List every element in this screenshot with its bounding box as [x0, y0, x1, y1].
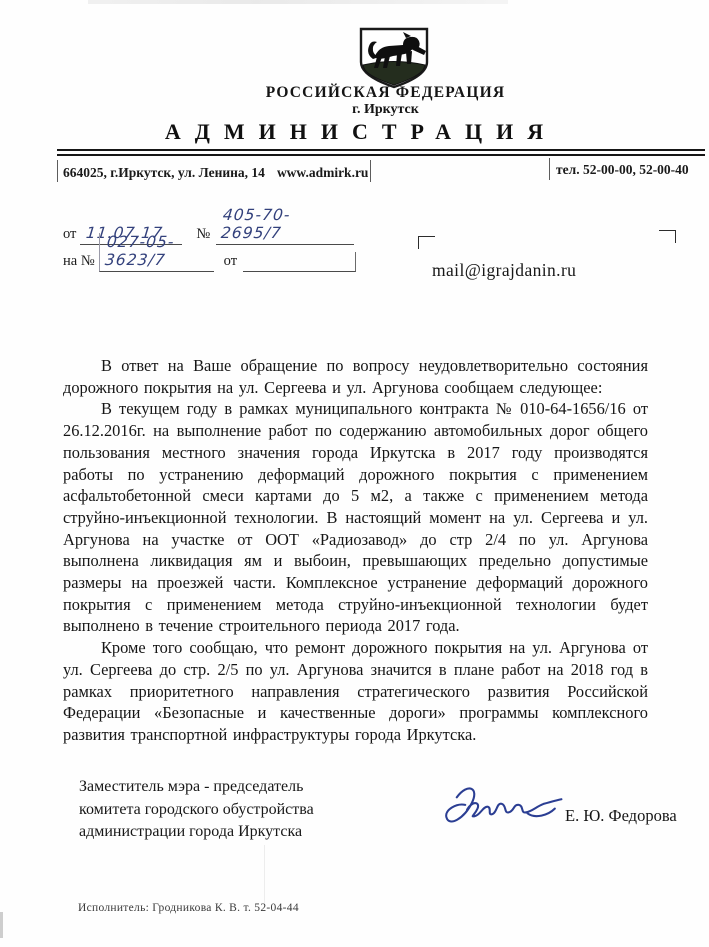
signer-position-line1: Заместитель мэра - председатель: [79, 776, 314, 799]
letter-body: В ответ на Ваше обращение по вопросу неу…: [63, 355, 648, 746]
reply-date-label: от: [224, 253, 237, 269]
addressee-corner-right: [659, 230, 676, 243]
addressee-email: mail@igrajdanin.ru: [432, 260, 576, 281]
reference-row-reply: на №027-05-3623/7 от: [63, 233, 356, 272]
divider-tick: [57, 160, 58, 182]
header-divider: [57, 149, 705, 156]
signer-name: Е. Ю. Федорова: [565, 806, 677, 826]
header-country: РОССИЙСКАЯ ФЕДЕРАЦИЯ: [63, 84, 708, 102]
body-paragraph-2: В текущем году в рамках муниципального к…: [63, 398, 648, 637]
reply-label: на №: [63, 253, 95, 269]
signer-position-line3: администрации города Иркутска: [79, 821, 314, 844]
scan-artifact-top: [88, 0, 508, 4]
signer-position-line2: комитета городского обустройства: [79, 799, 314, 822]
body-paragraph-3: Кроме того сообщаю, что ремонт дорожного…: [63, 637, 648, 746]
reply-number-field: 027-05-3623/7: [99, 233, 214, 272]
org-address: 664025, г.Иркутск, ул. Ленина, 14www.adm…: [63, 165, 368, 181]
scan-artifact-crease: [264, 845, 265, 905]
babr-emblem-icon: [357, 26, 431, 90]
body-paragraph-1: В ответ на Ваше обращение по вопросу неу…: [63, 355, 648, 398]
header-organization: АДМИНИСТРАЦИЯ: [58, 119, 650, 145]
signer-position: Заместитель мэра - председатель комитета…: [79, 776, 314, 844]
website-text: www.admirk.ru: [277, 165, 369, 180]
executor-line: Исполнитель: Гродникова К. В. т. 52-04-4…: [78, 902, 299, 914]
address-text: 664025, г.Иркутск, ул. Ленина, 14: [63, 165, 265, 180]
handwritten-signature-icon: [436, 780, 568, 842]
org-phone: тел. 52-00-00, 52-00-40: [556, 162, 689, 178]
scanned-letter-page: РОССИЙСКАЯ ФЕДЕРАЦИЯ г. Иркутск АДМИНИСТ…: [0, 0, 709, 947]
divider-tick: [549, 158, 550, 180]
scan-artifact-left: [0, 912, 3, 938]
header-city: г. Иркутск: [63, 102, 708, 118]
reply-date-field: [243, 252, 356, 272]
signature-autograph: [436, 780, 568, 847]
handwritten-reply-number: 027-05-3623/7: [104, 233, 212, 269]
divider-tick: [370, 160, 371, 182]
addressee-corner-left: [418, 236, 435, 249]
